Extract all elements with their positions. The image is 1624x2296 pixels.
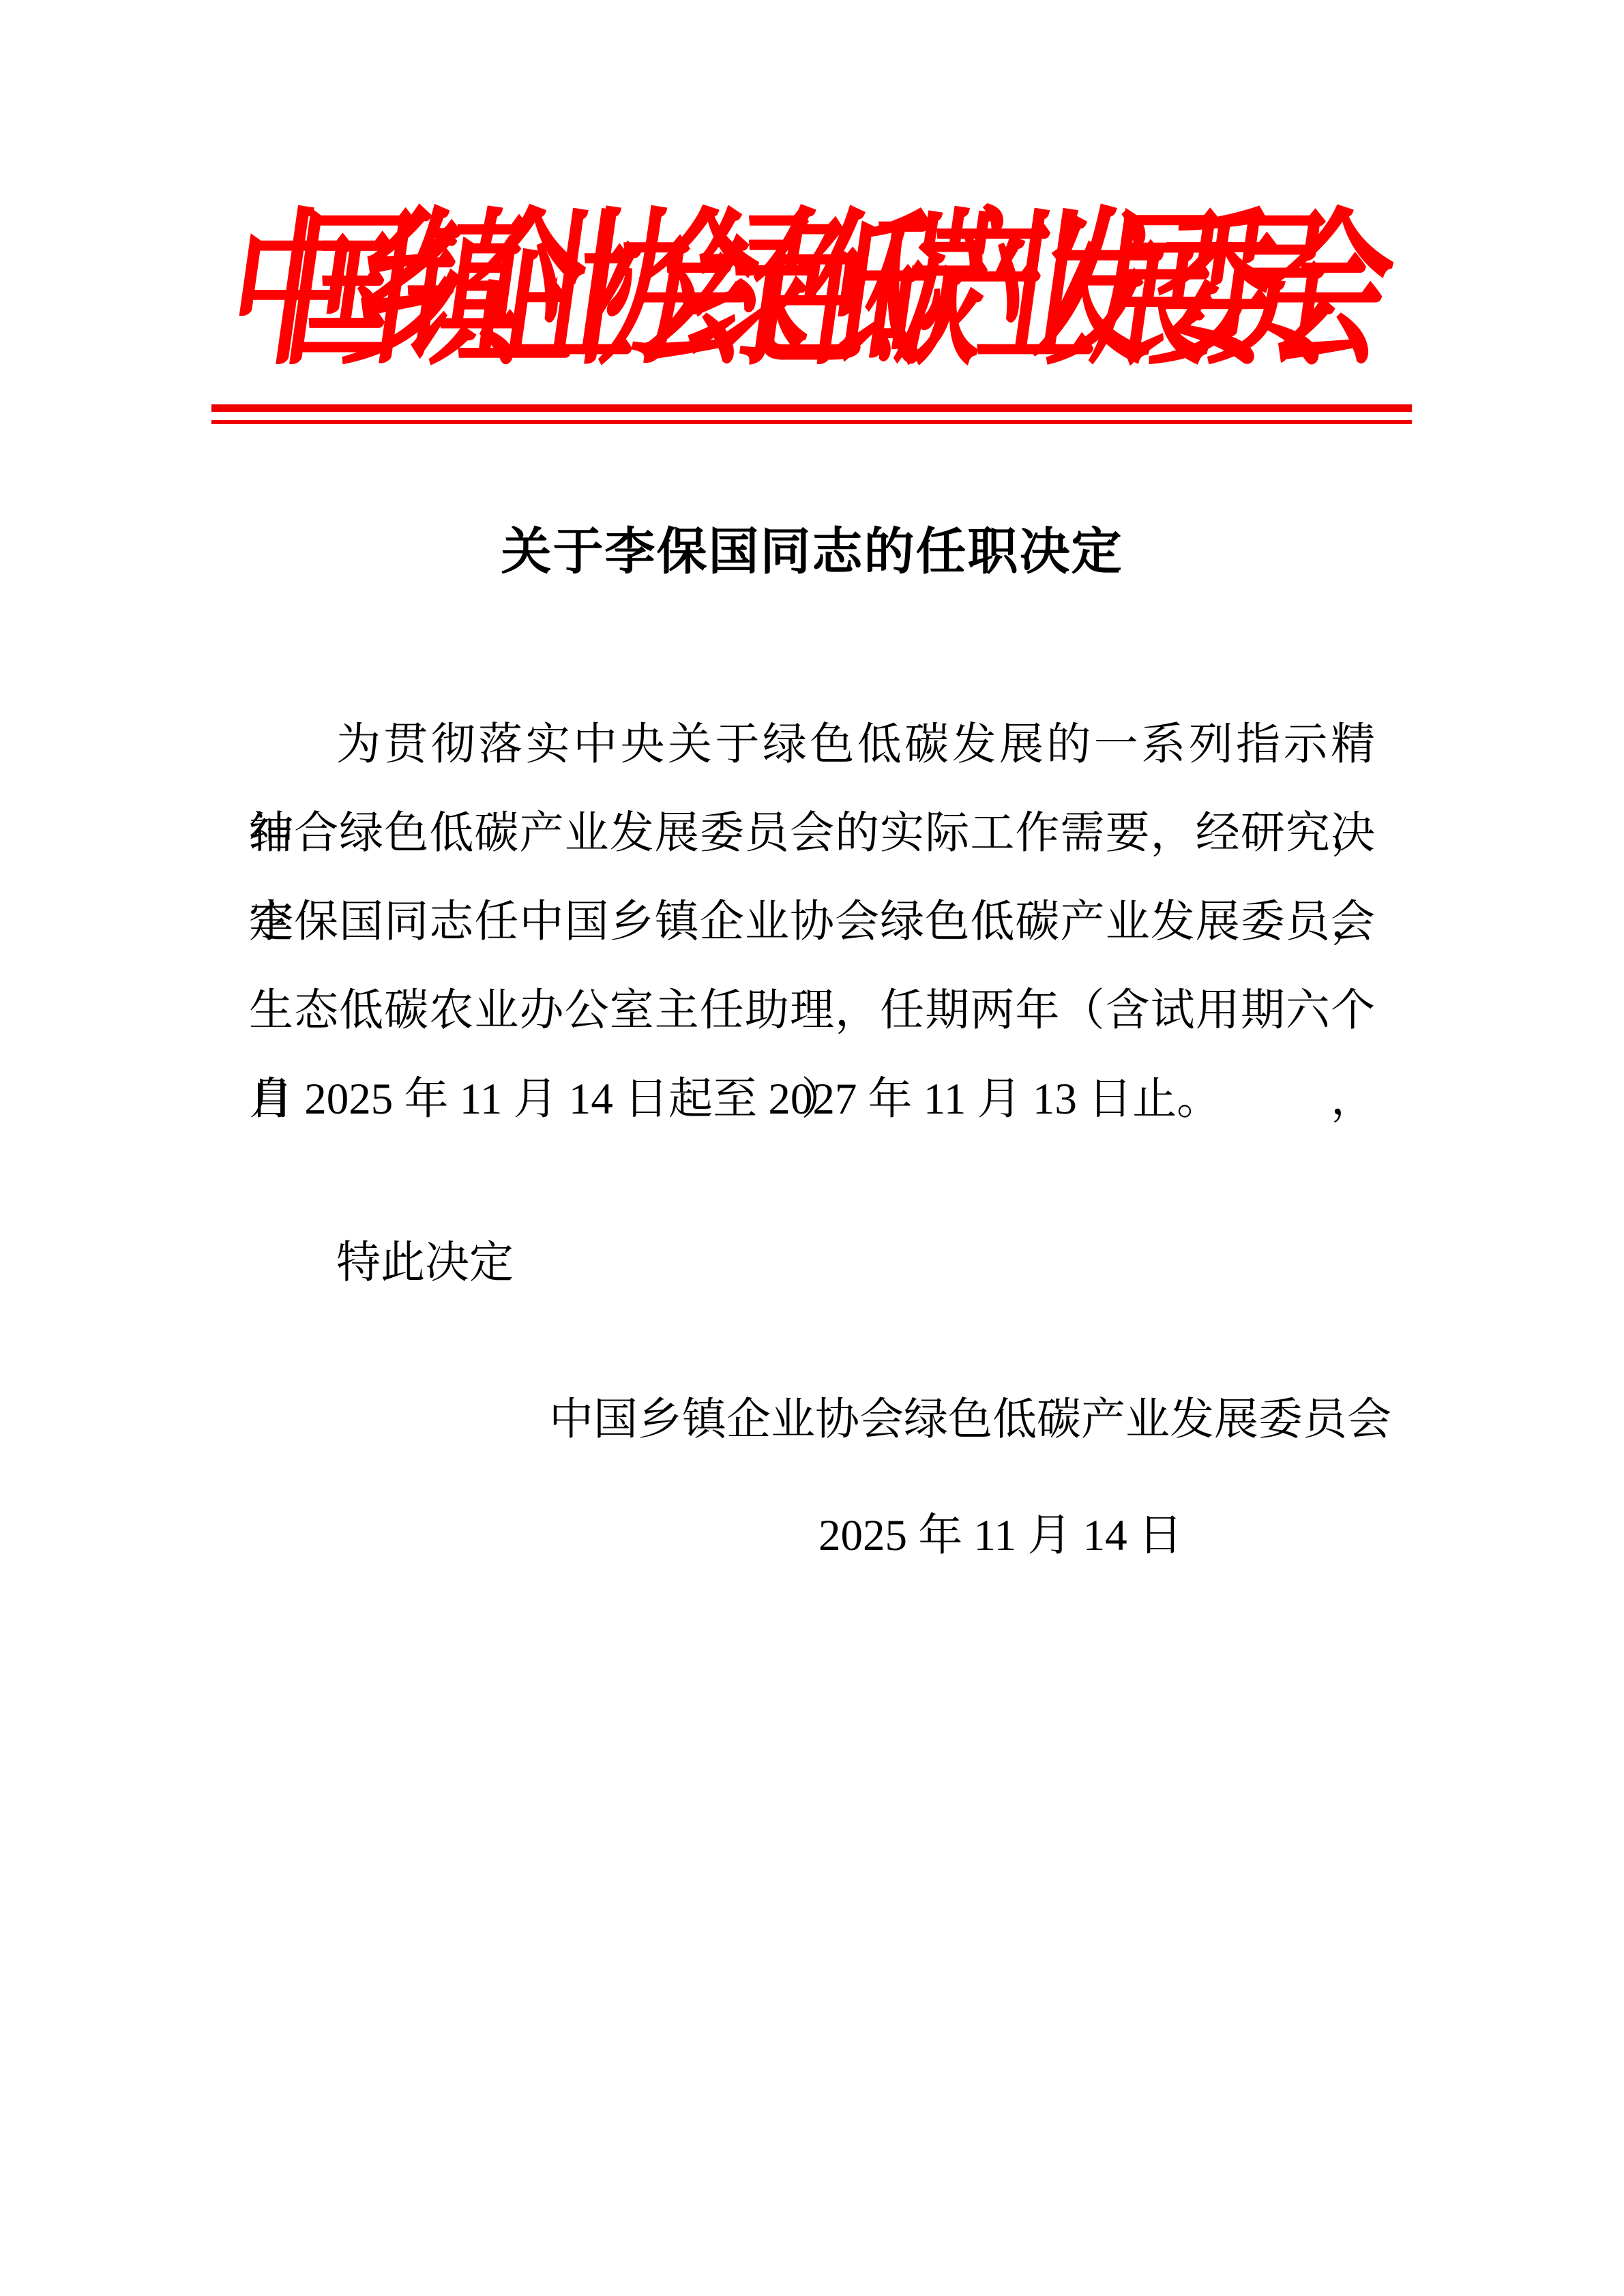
signature-org-name: 中国乡镇企业协会绿色低碳产业发展委员会 bbox=[549, 1375, 1391, 1464]
body-line-4: 生态低碳农业办公室主任助理，任期两年（含试用期六个月）， bbox=[249, 966, 1375, 1055]
body-line-1: 为贯彻落实中央关于绿色低碳发展的一系列指示精神， bbox=[249, 700, 1375, 789]
org-name-heading: 中国乡镇企业协会绿色低碳产业发展委员会 bbox=[218, 199, 1404, 385]
document-page: 中国乡镇企业协会绿色低碳产业发展委员会 关于李保国同志的任职决定 为贯彻落实中央… bbox=[0, 0, 1624, 2296]
closing-phrase: 特此决定 bbox=[336, 1219, 514, 1307]
document-title: 关于李保国同志的任职决定 bbox=[0, 508, 1624, 597]
letterhead-banner: 中国乡镇企业协会绿色低碳产业发展委员会 bbox=[0, 183, 1624, 387]
body-line-3: 李保国同志任中国乡镇企业协会绿色低碳产业发展委员会 bbox=[249, 878, 1375, 966]
red-rule-thin bbox=[211, 420, 1412, 424]
red-rule-thick bbox=[211, 404, 1412, 412]
issue-date: 2025 年 11 月 14 日 bbox=[818, 1491, 1183, 1580]
body-line-2: 结合绿色低碳产业发展委员会的实际工作需要，经研究决定， bbox=[249, 789, 1375, 878]
body-paragraph: 为贯彻落实中央关于绿色低碳发展的一系列指示精神， 结合绿色低碳产业发展委员会的实… bbox=[249, 700, 1375, 1144]
body-line-5: 自 2025 年 11 月 14 日起至 2027 年 11 月 13 日止。 bbox=[249, 1055, 1375, 1144]
